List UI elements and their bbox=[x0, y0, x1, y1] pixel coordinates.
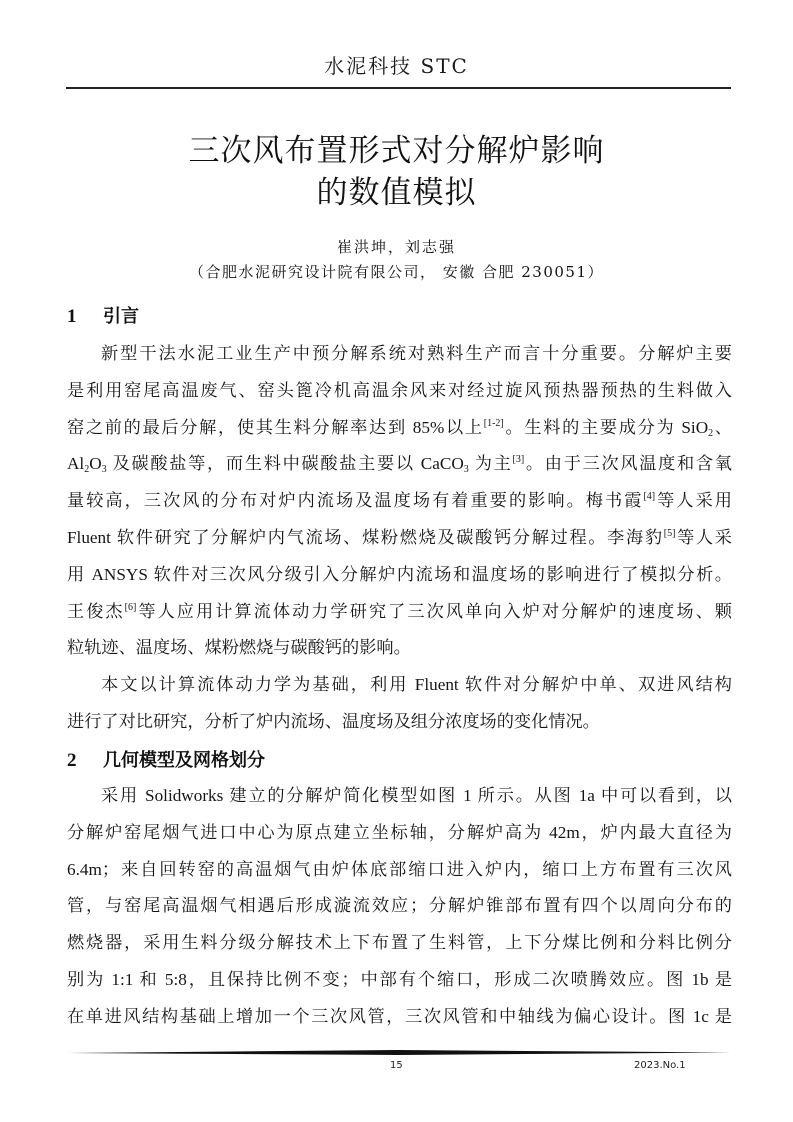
text-line: 6.4m；来自回转窑的高温烟气由炉体底部缩口进入炉内，缩口上方布置有三次风 bbox=[67, 852, 732, 889]
text-line: 王俊杰[6]等人应用计算流体动力学研究了三次风单向入炉对分解炉的速度场、颗 bbox=[67, 594, 732, 631]
text-line: 是利用窑尾高温废气、窑头篦冷机高温余风来对经过旋风预热器预热的生料做入 bbox=[67, 373, 732, 410]
citation: [1-2] bbox=[484, 418, 504, 429]
issue-label: 2023.No.1 bbox=[634, 1060, 686, 1071]
section-title: 引言 bbox=[103, 306, 139, 327]
section-number: 2 bbox=[67, 750, 103, 772]
text-line: 管，与窑尾高温烟气相遇后形成漩流效应；分解炉锥部布置有四个以周向分布的 bbox=[67, 888, 732, 925]
citation: [3] bbox=[513, 454, 525, 465]
footer-rule bbox=[68, 1050, 731, 1054]
page-number: 15 bbox=[390, 1060, 403, 1071]
text-line: 别为 1:1 和 5:8，且保持比例不变；中部有个缩口，形成二次喷腾效应。图 1… bbox=[67, 962, 732, 999]
text-line: 燃烧器，采用生料分级分解技术上下布置了生料管，上下分煤比例和分料比例分 bbox=[67, 925, 732, 962]
running-head: 水泥科技 STC bbox=[0, 50, 793, 79]
journal-page: 水泥科技 STC 三次风布置形式对分解炉影响 的数值模拟 崔洪坤，刘志强 （合肥… bbox=[0, 0, 793, 1122]
text-line: 分解炉窑尾烟气进口中心为原点建立坐标轴，分解炉高为 42m，炉内最大直径为 bbox=[67, 815, 732, 852]
text-line: 粒轨迹、温度场、煤粉燃烧与碳酸钙的影响。 bbox=[67, 630, 732, 667]
text-line: 新型干法水泥工业生产中预分解系统对熟料生产而言十分重要。分解炉主要 bbox=[67, 336, 732, 373]
citation: [6] bbox=[125, 602, 137, 613]
text-line: 用 ANSYS 软件对三次风分级引入分解炉内流场和温度场的影响进行了模拟分析。 bbox=[67, 557, 732, 594]
text-line: Fluent 软件研究了分解炉内气流场、煤粉燃烧及碳酸钙分解过程。李海豹[5]等… bbox=[67, 520, 732, 557]
section-number: 1 bbox=[67, 306, 103, 328]
section-title: 几何模型及网格划分 bbox=[103, 750, 265, 771]
citation: [5] bbox=[664, 528, 676, 539]
section-heading-1: 1引言 bbox=[67, 302, 139, 328]
title-line-2: 的数值模拟 bbox=[0, 172, 793, 214]
text-line: 采用 Solidworks 建立的分解炉简化模型如图 1 所示。从图 1a 中可… bbox=[67, 778, 732, 815]
text-line: 窑之前的最后分解，使其生料分解率达到 85%以上[1-2]。生料的主要成分为 S… bbox=[67, 410, 732, 447]
section-heading-2: 2几何模型及网格划分 bbox=[67, 746, 265, 772]
citation: [4] bbox=[643, 491, 655, 502]
affiliation: （合肥水泥研究设计院有限公司， 安徽 合肥 230051） bbox=[0, 261, 793, 282]
text-line: 本文以计算流体动力学为基础，利用 Fluent 软件对分解炉中单、双进风结构 bbox=[67, 667, 732, 704]
text-line: 量较高，三次风的分布对炉内流场及温度场有着重要的影响。梅书霞[4]等人采用 bbox=[67, 483, 732, 520]
article-title: 三次风布置形式对分解炉影响 的数值模拟 bbox=[0, 130, 793, 214]
header-rule bbox=[66, 87, 731, 89]
text-line: 在单进风结构基础上增加一个三次风管，三次风管和中轴线为偏心设计。图 1c 是 bbox=[67, 999, 732, 1036]
title-line-1: 三次风布置形式对分解炉影响 bbox=[0, 130, 793, 172]
section-2-body: 采用 Solidworks 建立的分解炉简化模型如图 1 所示。从图 1a 中可… bbox=[67, 778, 732, 1036]
text-line: 进行了对比研究，分析了炉内流场、温度场及组分浓度场的变化情况。 bbox=[67, 704, 732, 741]
section-1-body: 新型干法水泥工业生产中预分解系统对熟料生产而言十分重要。分解炉主要 是利用窑尾高… bbox=[67, 336, 732, 741]
text-line: Al2O3 及碳酸盐等，而生料中碳酸盐主要以 CaCO3 为主[3]。由于三次风… bbox=[67, 446, 732, 483]
authors: 崔洪坤，刘志强 bbox=[0, 236, 793, 257]
